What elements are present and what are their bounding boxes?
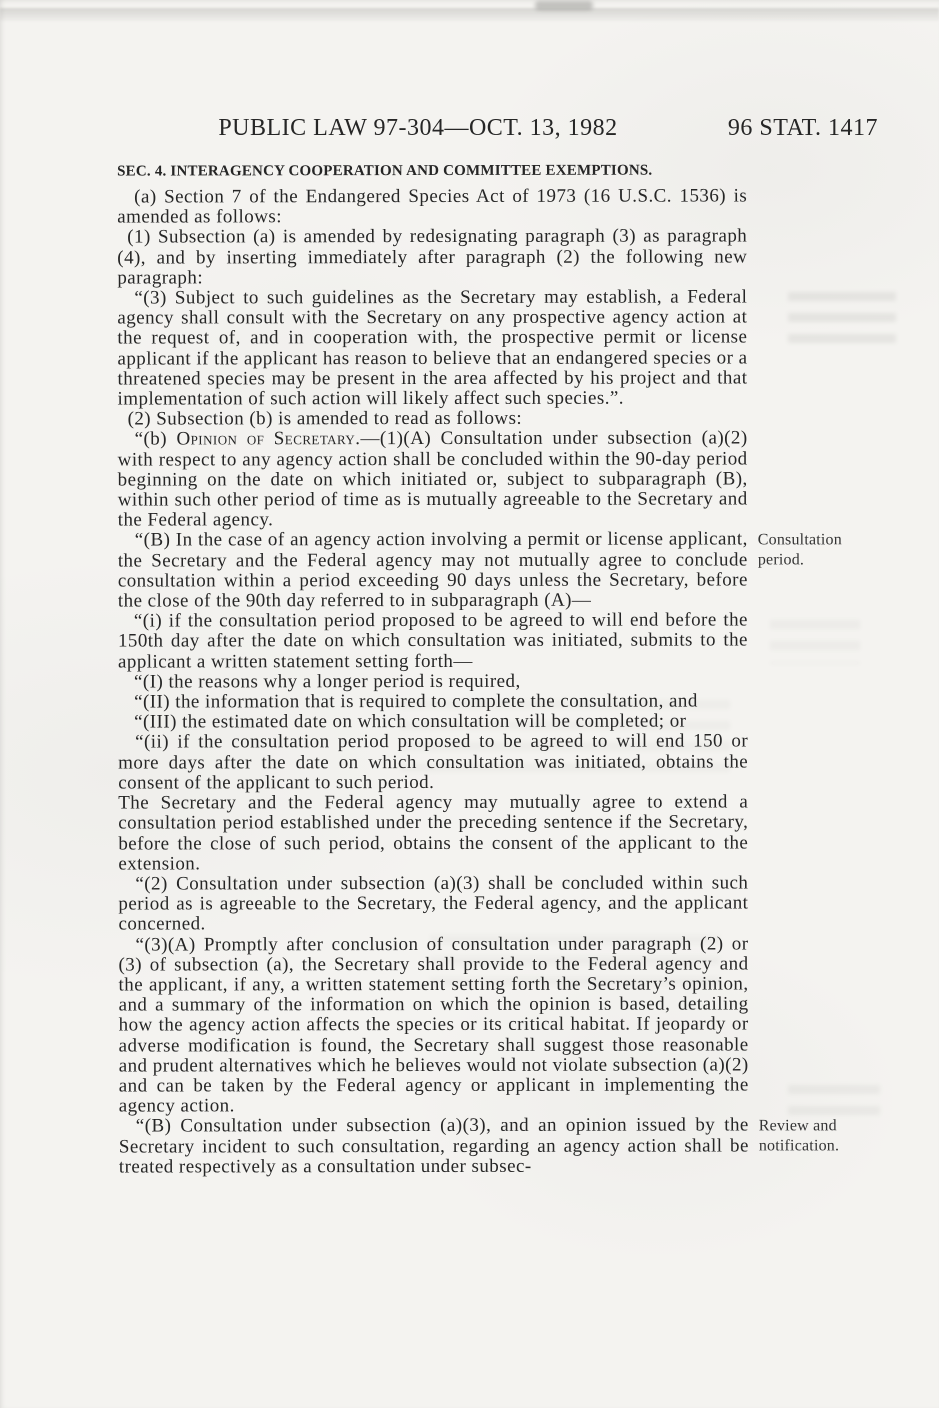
subparagraph-B2-text: “(B) Consultation under subsection (a)(3… xyxy=(119,1115,749,1178)
public-law-title: PUBLIC LAW 97-304—OCT. 13, 1982 xyxy=(118,115,718,142)
subclause-I: “(I) the reasons why a longer period is … xyxy=(118,671,748,692)
bleedthrough-ghost xyxy=(788,292,896,350)
statutes-at-large-citation: 96 STAT. 1417 xyxy=(700,115,878,142)
quoted-paragraph-3: “(3) Subject to such guidelines as the S… xyxy=(117,287,747,409)
margin-note-consultation-period: Consultation period. xyxy=(758,531,890,571)
subparagraph-B-text: “(B) In the case of an agency action inv… xyxy=(118,529,748,612)
scan-edge-artifact xyxy=(0,8,939,21)
margin-note-review-notification: Review and notification. xyxy=(759,1117,891,1157)
subparagraph-B-consultation-period: “(B) In the case of an agency action inv… xyxy=(118,530,748,612)
paragraph-2-consultation: “(2) Consultation under subsection (a)(3… xyxy=(118,873,748,935)
subparagraph-B-review-notification: “(B) Consultation under subsection (a)(3… xyxy=(119,1116,749,1178)
scan-smudge-artifact xyxy=(535,1,593,10)
quote-prefix: “(b) xyxy=(135,429,177,450)
paragraph-3A-opinion-statement: “(3)(A) Promptly after conclusion of con… xyxy=(118,934,748,1117)
scanned-statute-page: PUBLIC LAW 97-304—OCT. 13, 1982 96 STAT.… xyxy=(0,0,939,1408)
section-heading: SEC. 4. INTERAGENCY COOPERATION AND COMM… xyxy=(117,162,747,180)
running-header: PUBLIC LAW 97-304—OCT. 13, 1982 96 STAT.… xyxy=(0,115,939,147)
subclause-II: “(II) the information that is required t… xyxy=(118,692,748,713)
amendment-clause-2: (2) Subsection (b) is amended to read as… xyxy=(118,409,748,430)
amendment-clause-1: (1) Subsection (a) is amended by redesig… xyxy=(117,227,747,289)
clause-i: “(i) if the consultation period proposed… xyxy=(118,611,748,673)
statute-body: SEC. 4. INTERAGENCY COOPERATION AND COMM… xyxy=(117,162,749,1177)
closing-sentence-B: The Secretary and the Federal agency may… xyxy=(118,793,748,875)
clause-ii: “(ii) if the consultation period propose… xyxy=(118,732,748,794)
subsection-b-opinion-of-secretary: “(b) Opinion of Secretary.—(1)(A) Consul… xyxy=(118,429,748,531)
subclause-III: “(III) the estimated date on which consu… xyxy=(118,712,748,733)
paragraph-a: (a) Section 7 of the Endangered Species … xyxy=(117,186,747,228)
smallcaps-opinion-of-secretary: Opinion of Secretary xyxy=(176,429,355,450)
bleedthrough-ghost xyxy=(770,620,860,664)
